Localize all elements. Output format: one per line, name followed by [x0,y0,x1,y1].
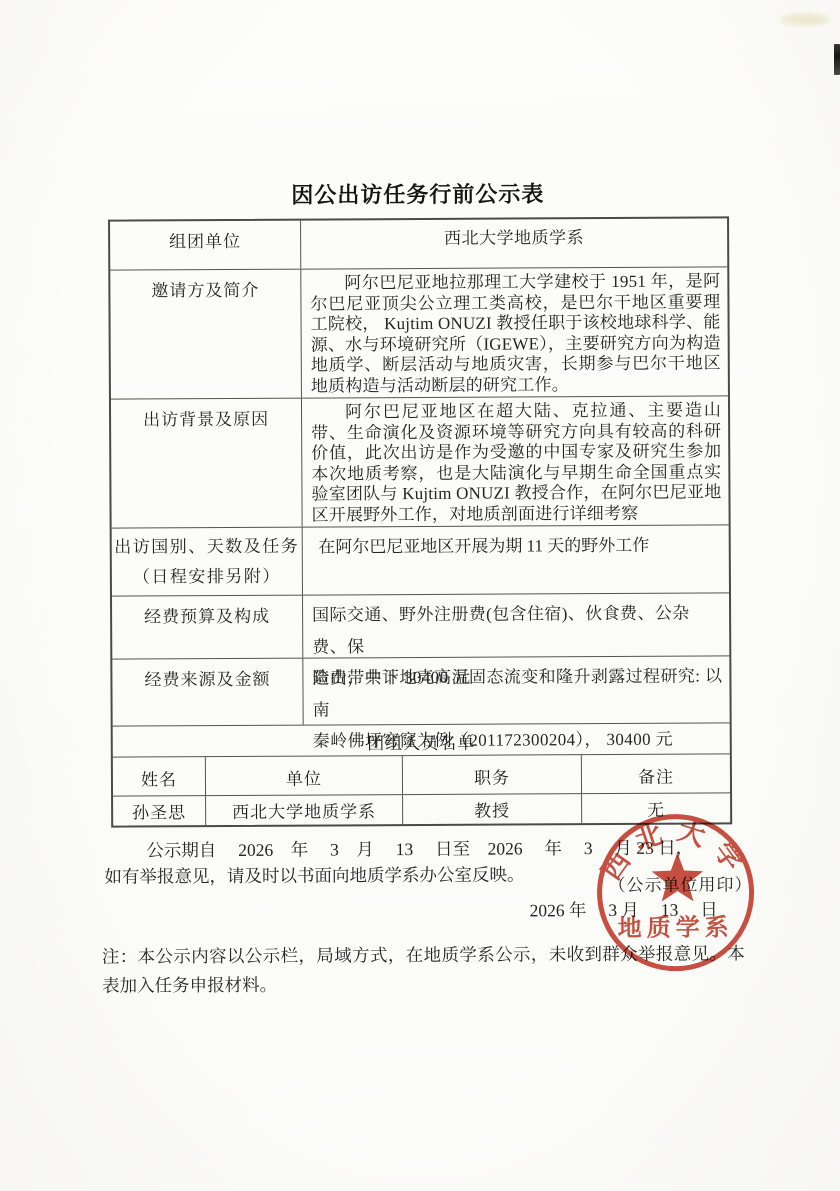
seal-bottom-text: 地质学系 [618,913,734,942]
row-label: 出访国别、天数及任务 （日程安排另附） [112,528,303,596]
personnel-section-title: 团组人员名单 [113,723,730,756]
scan-smudge-artifact [781,14,829,25]
row-label: 经费预算及构成 [112,596,303,659]
row-value: 造山带中下地壳高温固态流变和隆升剥露过程研究: 以南 秦岭佛坪穹窿为例（2011… [303,656,729,724]
col-header-note: 备注 [582,754,730,793]
row-value-line1: 国际交通、野外注册费(包含住宿)、伙食费、公杂费、保 [312,597,723,662]
col-header-unit: 单位 [206,756,403,795]
row-label: 组团单位 [110,221,301,270]
row-value: 西北大学地质学系 [301,218,727,268]
seal-star-icon [652,853,704,902]
row-value: 在阿尔巴尼亚地区开展为期 11 天的野外工作 [303,525,729,594]
row-value: 阿尔巴尼亚地拉那理工大学建校于 1951 年，是阿尔巴尼亚顶尖公立理工类高校，是… [301,267,728,397]
form-table: 组团单位 西北大学地质学系 邀请方及简介 阿尔巴尼亚地拉那理工大学建校于 195… [108,216,732,827]
row-value: 国际交通、野外注册费(包含住宿)、伙食费、公杂费、保 险费，共计 30400 元 [303,593,729,657]
personnel-section-header-row: 团组人员名单 [113,723,730,757]
document-content: 因公出访任务行前公示表 组团单位 西北大学地质学系 邀请方及简介 阿尔巴尼亚地拉… [0,0,840,1191]
row-value-line1: 造山带中下地壳高温固态流变和隆升剥露过程研究: 以南 [312,660,723,725]
row-label-line2: （日程安排另附） [112,562,302,593]
row-country-days-task: 出访国别、天数及任务 （日程安排另附） 在阿尔巴尼亚地区开展为期 11 天的野外… [112,525,729,596]
row-funding-source: 经费来源及金额 造山带中下地壳高温固态流变和隆升剥露过程研究: 以南 秦岭佛坪穹… [112,656,729,726]
col-header-name: 姓名 [113,757,206,795]
row-label: 经费来源及金额 [112,659,303,726]
row-label: 邀请方及简介 [110,270,302,399]
col-header-title: 职务 [403,755,582,794]
row-value: 阿尔巴尼亚地区在超大陆、克拉通、主要造山带、生命演化及资源环境等研究方向具有较高… [302,396,729,526]
scan-edge-artifact [834,44,840,75]
person-unit: 西北大学地质学系 [206,795,403,825]
scanned-document-page: 因公出访任务行前公示表 组团单位 西北大学地质学系 邀请方及简介 阿尔巴尼亚地拉… [0,0,840,1191]
row-budget: 经费预算及构成 国际交通、野外注册费(包含住宿)、伙食费、公杂费、保 险费，共计… [112,593,729,659]
seal-graphic: 西北大学 地质学系 [593,803,764,974]
person-name: 孙圣思 [113,796,206,825]
personnel-header-row: 姓名 单位 职务 备注 [113,754,730,796]
row-visit-background: 出访背景及原因 阿尔巴尼亚地区在超大陆、克拉通、主要造山带、生命演化及资源环境等… [111,396,729,528]
official-seal-stamp: 西北大学 地质学系 [593,803,764,974]
row-label-line1: 出访国别、天数及任务 [112,532,302,563]
row-inviter-intro: 邀请方及简介 阿尔巴尼亚地拉那理工大学建校于 1951 年，是阿尔巴尼亚顶尖公立… [110,267,728,399]
row-organizing-unit: 组团单位 西北大学地质学系 [110,218,727,270]
row-label: 出访背景及原因 [111,399,303,528]
document-title: 因公出访任务行前公示表 [0,176,838,211]
person-title: 教授 [403,794,582,824]
